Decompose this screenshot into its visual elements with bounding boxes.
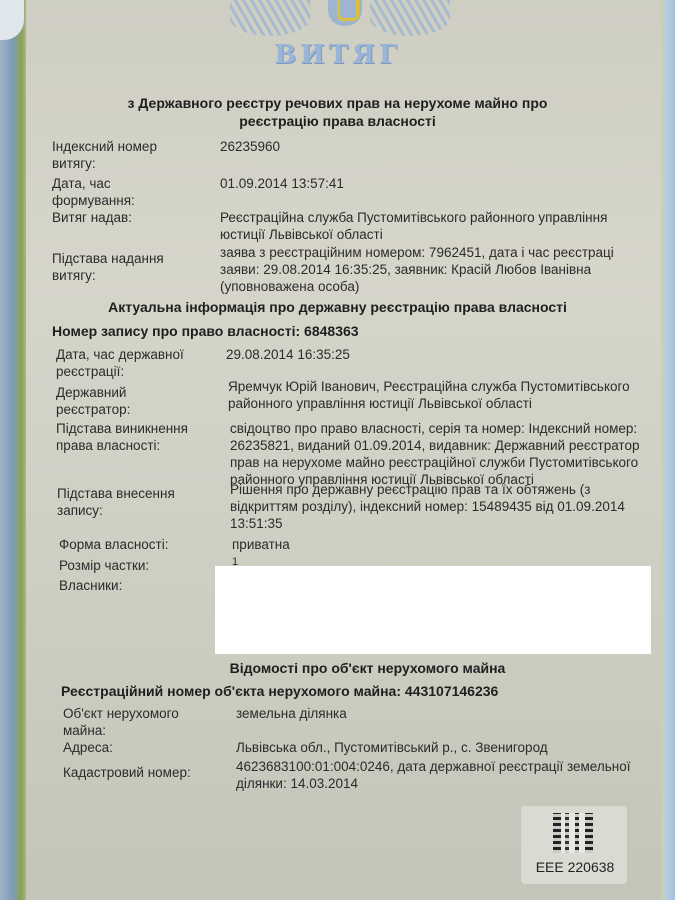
binder-edge-right bbox=[661, 0, 675, 900]
field-label: Форма власності: bbox=[59, 536, 219, 553]
field-label: формування: bbox=[52, 192, 212, 209]
field-label: Об'єкт нерухомого bbox=[63, 705, 223, 722]
field-label: запису: bbox=[57, 502, 217, 519]
field-label: Державний bbox=[56, 384, 216, 401]
field-value: Реєстраційна служба Пустомитівського рай… bbox=[220, 209, 650, 226]
field-label: Індексний номер bbox=[52, 138, 212, 155]
serial-number: ЕЕЕ 220638 bbox=[523, 859, 627, 875]
field-label: реєстратор: bbox=[56, 401, 216, 418]
field-value: 29.08.2014 16:35:25 bbox=[226, 346, 656, 363]
field-label: Розмір частки: bbox=[59, 557, 219, 574]
field-label: витягу: bbox=[52, 155, 212, 172]
field-label: Підстава виникнення bbox=[56, 420, 216, 437]
field-value: (уповноважена особа) bbox=[220, 278, 650, 295]
field-label: Дата, час bbox=[52, 175, 212, 192]
field-label: витягу: bbox=[52, 267, 212, 284]
document-heading: ВИТЯГ bbox=[0, 40, 675, 70]
field-value: Яремчук Юрій Іванович, Реєстраційна служ… bbox=[228, 378, 658, 395]
ownership-record-number: Номер запису про право власності: 684836… bbox=[52, 323, 359, 339]
field-value: ділянки: 14.03.2014 bbox=[236, 775, 656, 792]
field-value: приватна bbox=[232, 536, 662, 553]
field-value: районного управління юстиції Львівської … bbox=[228, 395, 658, 412]
property-section-title: Відомості про об'єкт нерухомого майна bbox=[30, 660, 675, 676]
field-value: 4623683100:01:004:0246, дата державної р… bbox=[236, 758, 656, 775]
field-value: 26235960 bbox=[220, 138, 650, 155]
property-reg-number: Реєстраційний номер об'єкта нерухомого м… bbox=[61, 683, 498, 699]
field-value: 26235821, виданий 01.09.2014, видавник: … bbox=[230, 437, 650, 454]
field-label: Підстава надання bbox=[52, 250, 212, 267]
field-value: свідоцтво про право власності, серія та … bbox=[230, 420, 650, 437]
field-value: 13:51:35 bbox=[230, 515, 650, 532]
field-value: відкриттям розділу), індексний номер: 15… bbox=[230, 498, 650, 515]
document-subtitle: з Державного реєстру речових прав на нер… bbox=[0, 94, 675, 130]
wreath-right-icon bbox=[370, 0, 450, 36]
wreath-left-icon bbox=[230, 0, 310, 36]
field-value: земельна ділянка bbox=[236, 705, 666, 722]
field-value: заява з реєстраційним номером: 7962451, … bbox=[220, 244, 650, 261]
redacted-owners-block bbox=[215, 566, 651, 654]
field-label: Кадастровий номер: bbox=[63, 764, 223, 781]
field-label: реєстрації: bbox=[56, 363, 216, 380]
ownership-section-title: Актуальна інформація про державну реєстр… bbox=[0, 299, 675, 315]
field-value: заяви: 29.08.2014 16:35:25, заявник: Кра… bbox=[220, 261, 650, 278]
field-value: Львівська обл., Пустомитівський р., с. З… bbox=[236, 739, 666, 756]
subtitle-line-2: реєстрацію права власності bbox=[0, 112, 675, 130]
field-label: Власники: bbox=[59, 577, 219, 594]
field-value: Рішення про державну реєстрацію прав та … bbox=[230, 481, 650, 498]
qr-code-icon bbox=[553, 813, 593, 853]
field-label: права власності: bbox=[56, 437, 216, 454]
field-label: Підстава внесення bbox=[57, 485, 217, 502]
field-label: Дата, час державної bbox=[56, 346, 216, 363]
field-label: Витяг надав: bbox=[52, 209, 212, 226]
field-value: 01.09.2014 13:57:41 bbox=[220, 175, 650, 192]
field-label: майна: bbox=[63, 722, 223, 739]
binder-edge-left bbox=[0, 0, 28, 900]
field-value: юстиції Львівської області bbox=[220, 226, 650, 243]
coat-of-arms-emblem bbox=[210, 0, 460, 38]
trident-icon bbox=[337, 0, 359, 21]
subtitle-line-1: з Державного реєстру речових прав на нер… bbox=[0, 94, 675, 112]
field-label: Адреса: bbox=[63, 739, 223, 756]
field-value: прав на нерухоме майно реєстраційної слу… bbox=[230, 454, 650, 471]
